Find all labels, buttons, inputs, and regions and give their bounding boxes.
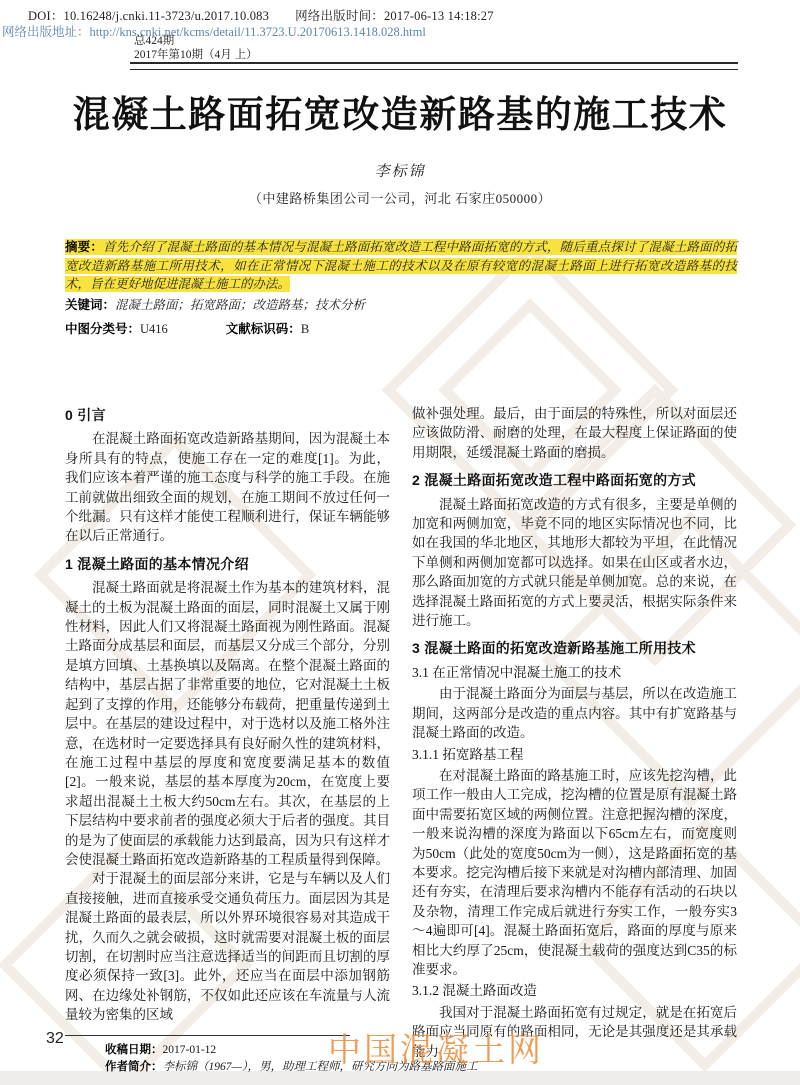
abstract-highlight: 摘要：首先介绍了混凝土路面的基本情况与混凝土路面拓宽改造工程中路面拓宽的方式，随… <box>65 239 737 292</box>
doi-value: 10.16248/j.cnki.11-3723/u.2017.10.083 <box>64 9 270 23</box>
front-matter: 摘要：首先介绍了混凝土路面的基本情况与混凝土路面拓宽改造工程中路面拓宽的方式，随… <box>65 238 737 339</box>
right-column: 做补强处理。最后，由于面层的特殊性，所以对面层还应该做防滑、耐磨的处理，在最大程… <box>412 404 737 1076</box>
doc-code-value: B <box>301 322 309 336</box>
url-label: 网络出版地址： <box>2 25 90 39</box>
paragraph: 在混凝土路面拓宽改造新路基期间，因为混凝土本身所具有的特点，使施工存在一定的难度… <box>65 429 390 545</box>
article-body: 0 引言 在混凝土路面拓宽改造新路基期间，因为混凝土本身所具有的特点，使施工存在… <box>65 404 737 1076</box>
paragraph: 混凝土路面拓宽改造的方式有很多，主要是单侧的加宽和两侧加宽，毕竟不同的地区实际情… <box>412 495 737 631</box>
issue-number: 2017年第10期（4月 上） <box>134 48 258 62</box>
paragraph: 在对混凝土路面的路基施工时，应该先挖沟槽，此项工作一般由人工完成，挖沟槽的位置是… <box>412 766 737 979</box>
subsection-heading-3-1-1: 3.1.1 拓宽路基工程 <box>412 745 737 764</box>
doc-code-label: 文献标识码： <box>226 322 301 336</box>
left-column: 0 引言 在混凝土路面拓宽改造新路基期间，因为混凝土本身所具有的特点，使施工存在… <box>65 404 390 1076</box>
paper-title: 混凝土路面拓宽改造新路基的施工技术 <box>0 84 800 138</box>
paragraph: 混凝土路面就是将混凝土作为基本的建筑材料，混凝土的土板为混凝土路面的面层，同时混… <box>65 578 390 869</box>
received-date-label: 收稿日期： <box>105 1044 163 1056</box>
paragraph: 由于混凝土路面分为面层与基层，所以在改造施工期间，这两部分是改造的重点内容。其中… <box>412 684 737 742</box>
header-divider <box>130 62 738 70</box>
author-name: 李标锦 <box>0 160 800 181</box>
section-heading-2: 2 混凝土路面拓宽改造工程中路面拓宽的方式 <box>412 471 737 490</box>
issue-total: 总424期 <box>134 34 258 48</box>
doi-label: DOI： <box>28 9 64 23</box>
received-date-line: 收稿日期：2017-01-12 <box>105 1042 350 1059</box>
section-heading-1: 1 混凝土路面的基本情况介绍 <box>65 555 390 574</box>
abstract-label: 摘要： <box>65 240 103 254</box>
clc-label: 中图分类号： <box>65 322 140 336</box>
keywords-label: 关键词： <box>65 298 115 312</box>
section-heading-3: 3 混凝土路面的拓宽改造新路基施工所用技术 <box>412 639 737 658</box>
keywords: 关键词：混凝土路面；拓宽路面；改造路基；技术分析 <box>65 296 737 315</box>
author-bio-label: 作者简介： <box>105 1061 163 1073</box>
abstract-text: 首先介绍了混凝土路面的基本情况与混凝土路面拓宽改造工程中路面拓宽的方式，随后重点… <box>65 240 737 291</box>
subsection-heading-3-1: 3.1 在正常情况中混凝土施工的技术 <box>412 663 737 682</box>
paragraph: 做补强处理。最后，由于面层的特殊性，所以对面层还应该做防滑、耐磨的处理，在最大程… <box>412 404 737 462</box>
pub-time-label: 网络出版时间： <box>295 9 384 23</box>
pub-time-value: 2017-06-13 14:18:27 <box>384 9 494 23</box>
received-date-value: 2017-01-12 <box>163 1044 217 1056</box>
subsection-heading-3-1-2: 3.1.2 混凝土路面改造 <box>412 981 737 1000</box>
paragraph: 对于混凝土的面层部分来讲，它是与车辆以及人们直接接触，进而直接承受交通负荷压力。… <box>65 869 390 1024</box>
author-affiliation: （中建路桥集团公司一公司，河北 石家庄050000） <box>0 188 800 207</box>
abstract: 摘要：首先介绍了混凝土路面的基本情况与混凝土路面拓宽改造工程中路面拓宽的方式，随… <box>65 238 737 294</box>
author-bio-line: 作者简介：李标锦（1967—），男，助理工程师，研究方向为路基路面施工 <box>105 1059 350 1076</box>
page-number: 32 <box>46 1030 64 1048</box>
classification-line: 中图分类号：U416文献标识码：B <box>65 320 737 339</box>
keywords-text: 混凝土路面；拓宽路面；改造路基；技术分析 <box>115 298 365 312</box>
issue-info: 总424期 2017年第10期（4月 上） <box>134 34 258 62</box>
site-watermark: 中国混凝土网 <box>328 1024 544 1071</box>
footnote-block: 收稿日期：2017-01-12 作者简介：李标锦（1967—），男，助理工程师，… <box>65 1035 350 1076</box>
clc-value: U416 <box>140 322 168 336</box>
section-heading-0: 0 引言 <box>65 406 390 425</box>
